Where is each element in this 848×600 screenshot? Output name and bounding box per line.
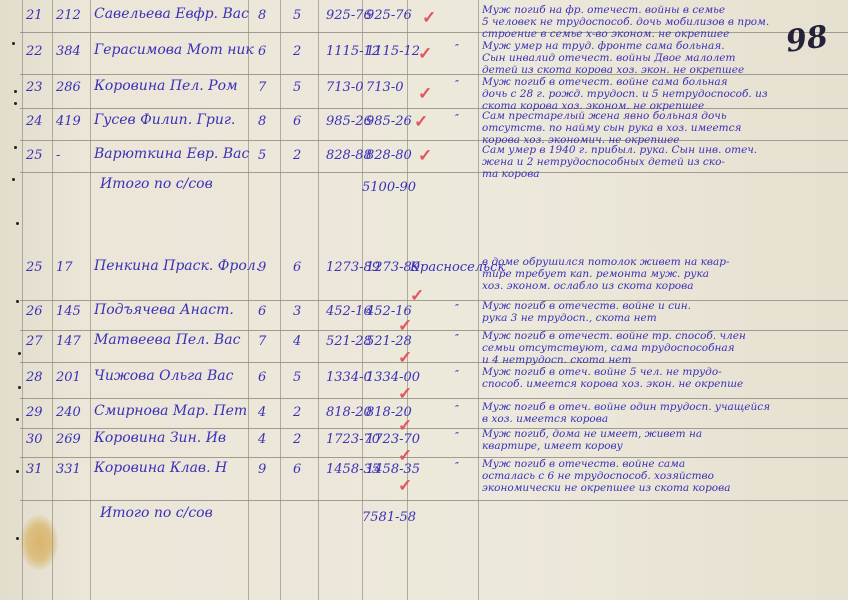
dependents: 6: [293, 462, 301, 477]
margin-dot: [14, 146, 17, 149]
dependents: 4: [293, 334, 301, 349]
dependents: 5: [293, 80, 301, 95]
person-name: Матвеева Пел. Вас: [94, 332, 240, 348]
remark-text: в доме обрушился потолок живет на квар-т…: [482, 256, 844, 292]
subtotal-2-value: 7581-58: [362, 510, 416, 525]
check-mark-icon: ✓: [398, 348, 412, 368]
row-number: 25: [26, 148, 43, 163]
check-mark-icon: ✓: [414, 112, 428, 132]
row-line: [20, 500, 848, 501]
subtotal-1-value: 5100-90: [362, 180, 416, 195]
remark-text: Муж погиб в отечест. войне сама больнаяд…: [482, 76, 844, 112]
person-name: Коровина Клав. Н: [94, 460, 227, 476]
row-number: 26: [26, 304, 43, 319]
family-members: 4: [258, 405, 266, 420]
family-members: 4: [258, 432, 266, 447]
person-name: Коровина Пел. Ром: [94, 78, 238, 94]
amount-1: 713-0: [326, 80, 363, 95]
record-id: 286: [56, 80, 81, 95]
row-number: 31: [26, 462, 43, 477]
dependents: 5: [293, 370, 301, 385]
dependents: 5: [293, 8, 301, 23]
amount-1: 452-16: [326, 304, 372, 319]
record-id: 17: [56, 260, 73, 275]
family-members: 6: [258, 370, 266, 385]
amount-2: 828-80: [366, 148, 412, 163]
dependents: 2: [293, 44, 301, 59]
remark-text: Муж погиб в отечеств. войне и син.рука 3…: [482, 300, 844, 324]
check-mark-icon: ✓: [410, 286, 424, 306]
record-id: 201: [56, 370, 81, 385]
dependents: 2: [293, 148, 301, 163]
record-id: 269: [56, 432, 81, 447]
ditto-mark: ″: [455, 78, 459, 91]
remark-text: Муж погиб, дома не имеет, живет накварти…: [482, 428, 844, 452]
person-name: Савельева Евфр. Вас: [94, 6, 249, 22]
margin-dot: [12, 42, 15, 45]
amount-1: 818-20: [326, 405, 372, 420]
row-number: 27: [26, 334, 43, 349]
amount-1: 985-26: [326, 114, 372, 129]
person-name: Чижова Ольга Вас: [94, 368, 234, 384]
person-name: Герасимова Мот ник: [94, 42, 254, 58]
margin-dot: [14, 102, 17, 105]
amount-2: 1334-00: [366, 370, 420, 385]
ledger-page: 21212Савельева Евфр. Вас85925-76925-76Му…: [0, 0, 848, 600]
dependents: 6: [293, 114, 301, 129]
person-name: Пенкина Праск. Фрол.: [94, 258, 260, 274]
amount-2: 1115-12: [366, 44, 420, 59]
amount-1: 925-76: [326, 8, 372, 23]
margin-dot: [16, 222, 19, 225]
remark-text: Сам престарелый жена явно больная дочьот…: [482, 110, 844, 146]
record-id: 331: [56, 462, 81, 477]
family-members: 7: [258, 334, 266, 349]
ditto-mark: ″: [455, 112, 459, 125]
check-mark-icon: ✓: [418, 146, 432, 166]
family-members: 7: [258, 80, 266, 95]
person-name: Гусев Филип. Григ.: [94, 112, 235, 128]
amount-2: 985-26: [366, 114, 412, 129]
dependents: 2: [293, 405, 301, 420]
dependents: 2: [293, 432, 301, 447]
row-number: 30: [26, 432, 43, 447]
record-id: -: [56, 148, 60, 163]
margin-dot: [12, 178, 15, 181]
ditto-mark: ″: [455, 430, 459, 443]
amount-2: 521-28: [366, 334, 412, 349]
margin-dot: [18, 352, 21, 355]
row-number: 24: [26, 114, 43, 129]
amount-1: 1334-0: [326, 370, 372, 385]
ditto-mark: ″: [455, 302, 459, 315]
dependents: 6: [293, 260, 301, 275]
row-line: [20, 398, 848, 399]
row-number: 23: [26, 80, 43, 95]
amount-1: 828-88: [326, 148, 372, 163]
margin-dot: [18, 386, 21, 389]
remark-text: Сам умер в 1940 г. прибыл. рука. Сын инв…: [482, 144, 844, 180]
check-mark-icon: ✓: [418, 44, 432, 64]
record-id: 212: [56, 8, 81, 23]
amount-2: 925-76: [366, 8, 412, 23]
check-mark-icon: ✓: [422, 8, 436, 28]
subtotal-1-label: Итого по с/сов: [100, 176, 213, 192]
margin-dot: [16, 418, 19, 421]
person-name: Коровина Зин. Ив: [94, 430, 226, 446]
person-name: Подъячева Анаст.: [94, 302, 234, 318]
margin-dot: [14, 90, 17, 93]
margin-dot: [16, 300, 19, 303]
remark-text: Муж погиб в отеч. войне один трудосп. уч…: [482, 401, 844, 425]
ditto-mark: ″: [455, 460, 459, 473]
family-members: 6: [258, 44, 266, 59]
amount-1: 521-28: [326, 334, 372, 349]
margin-dot: [16, 470, 19, 473]
check-mark-icon: ✓: [398, 446, 412, 466]
check-mark-icon: ✓: [398, 316, 412, 336]
remark-text: Муж погиб в отеч. войне 5 чел. не трудо-…: [482, 366, 844, 390]
remark-text: Муж погиб в отечест. войне тр. способ. ч…: [482, 330, 844, 366]
dependents: 3: [293, 304, 301, 319]
ditto-mark: ″: [455, 332, 459, 345]
family-members: 8: [258, 8, 266, 23]
person-name: Смирнова Мар. Пет: [94, 403, 247, 419]
remark-text: Муж погиб в отечеств. войне самаосталась…: [482, 458, 844, 494]
row-number: 29: [26, 405, 43, 420]
record-id: 145: [56, 304, 81, 319]
check-mark-icon: ✓: [398, 416, 412, 436]
check-mark-icon: ✓: [418, 84, 432, 104]
row-number: 25: [26, 260, 43, 275]
ditto-mark: ″: [455, 42, 459, 55]
family-members: 5: [258, 148, 266, 163]
record-id: 384: [56, 44, 81, 59]
ditto-mark: ″: [455, 403, 459, 416]
row-number: 22: [26, 44, 43, 59]
record-id: 419: [56, 114, 81, 129]
record-id: 240: [56, 405, 81, 420]
row-number: 21: [26, 8, 43, 23]
family-members: 9: [258, 260, 266, 275]
row-number: 28: [26, 370, 43, 385]
pencil-margin-mark: 98: [784, 19, 830, 59]
check-mark-icon: ✓: [398, 476, 412, 496]
family-members: 6: [258, 304, 266, 319]
check-mark-icon: ✓: [398, 384, 412, 404]
margin-dot: [16, 537, 19, 540]
subtotal-2-label: Итого по с/сов: [100, 505, 213, 521]
ditto-mark: ″: [455, 368, 459, 381]
amount-2: 713-0: [366, 80, 403, 95]
family-members: 8: [258, 114, 266, 129]
record-id: 147: [56, 334, 81, 349]
person-name: Варюткина Евр. Вас: [94, 146, 249, 162]
family-members: 9: [258, 462, 266, 477]
